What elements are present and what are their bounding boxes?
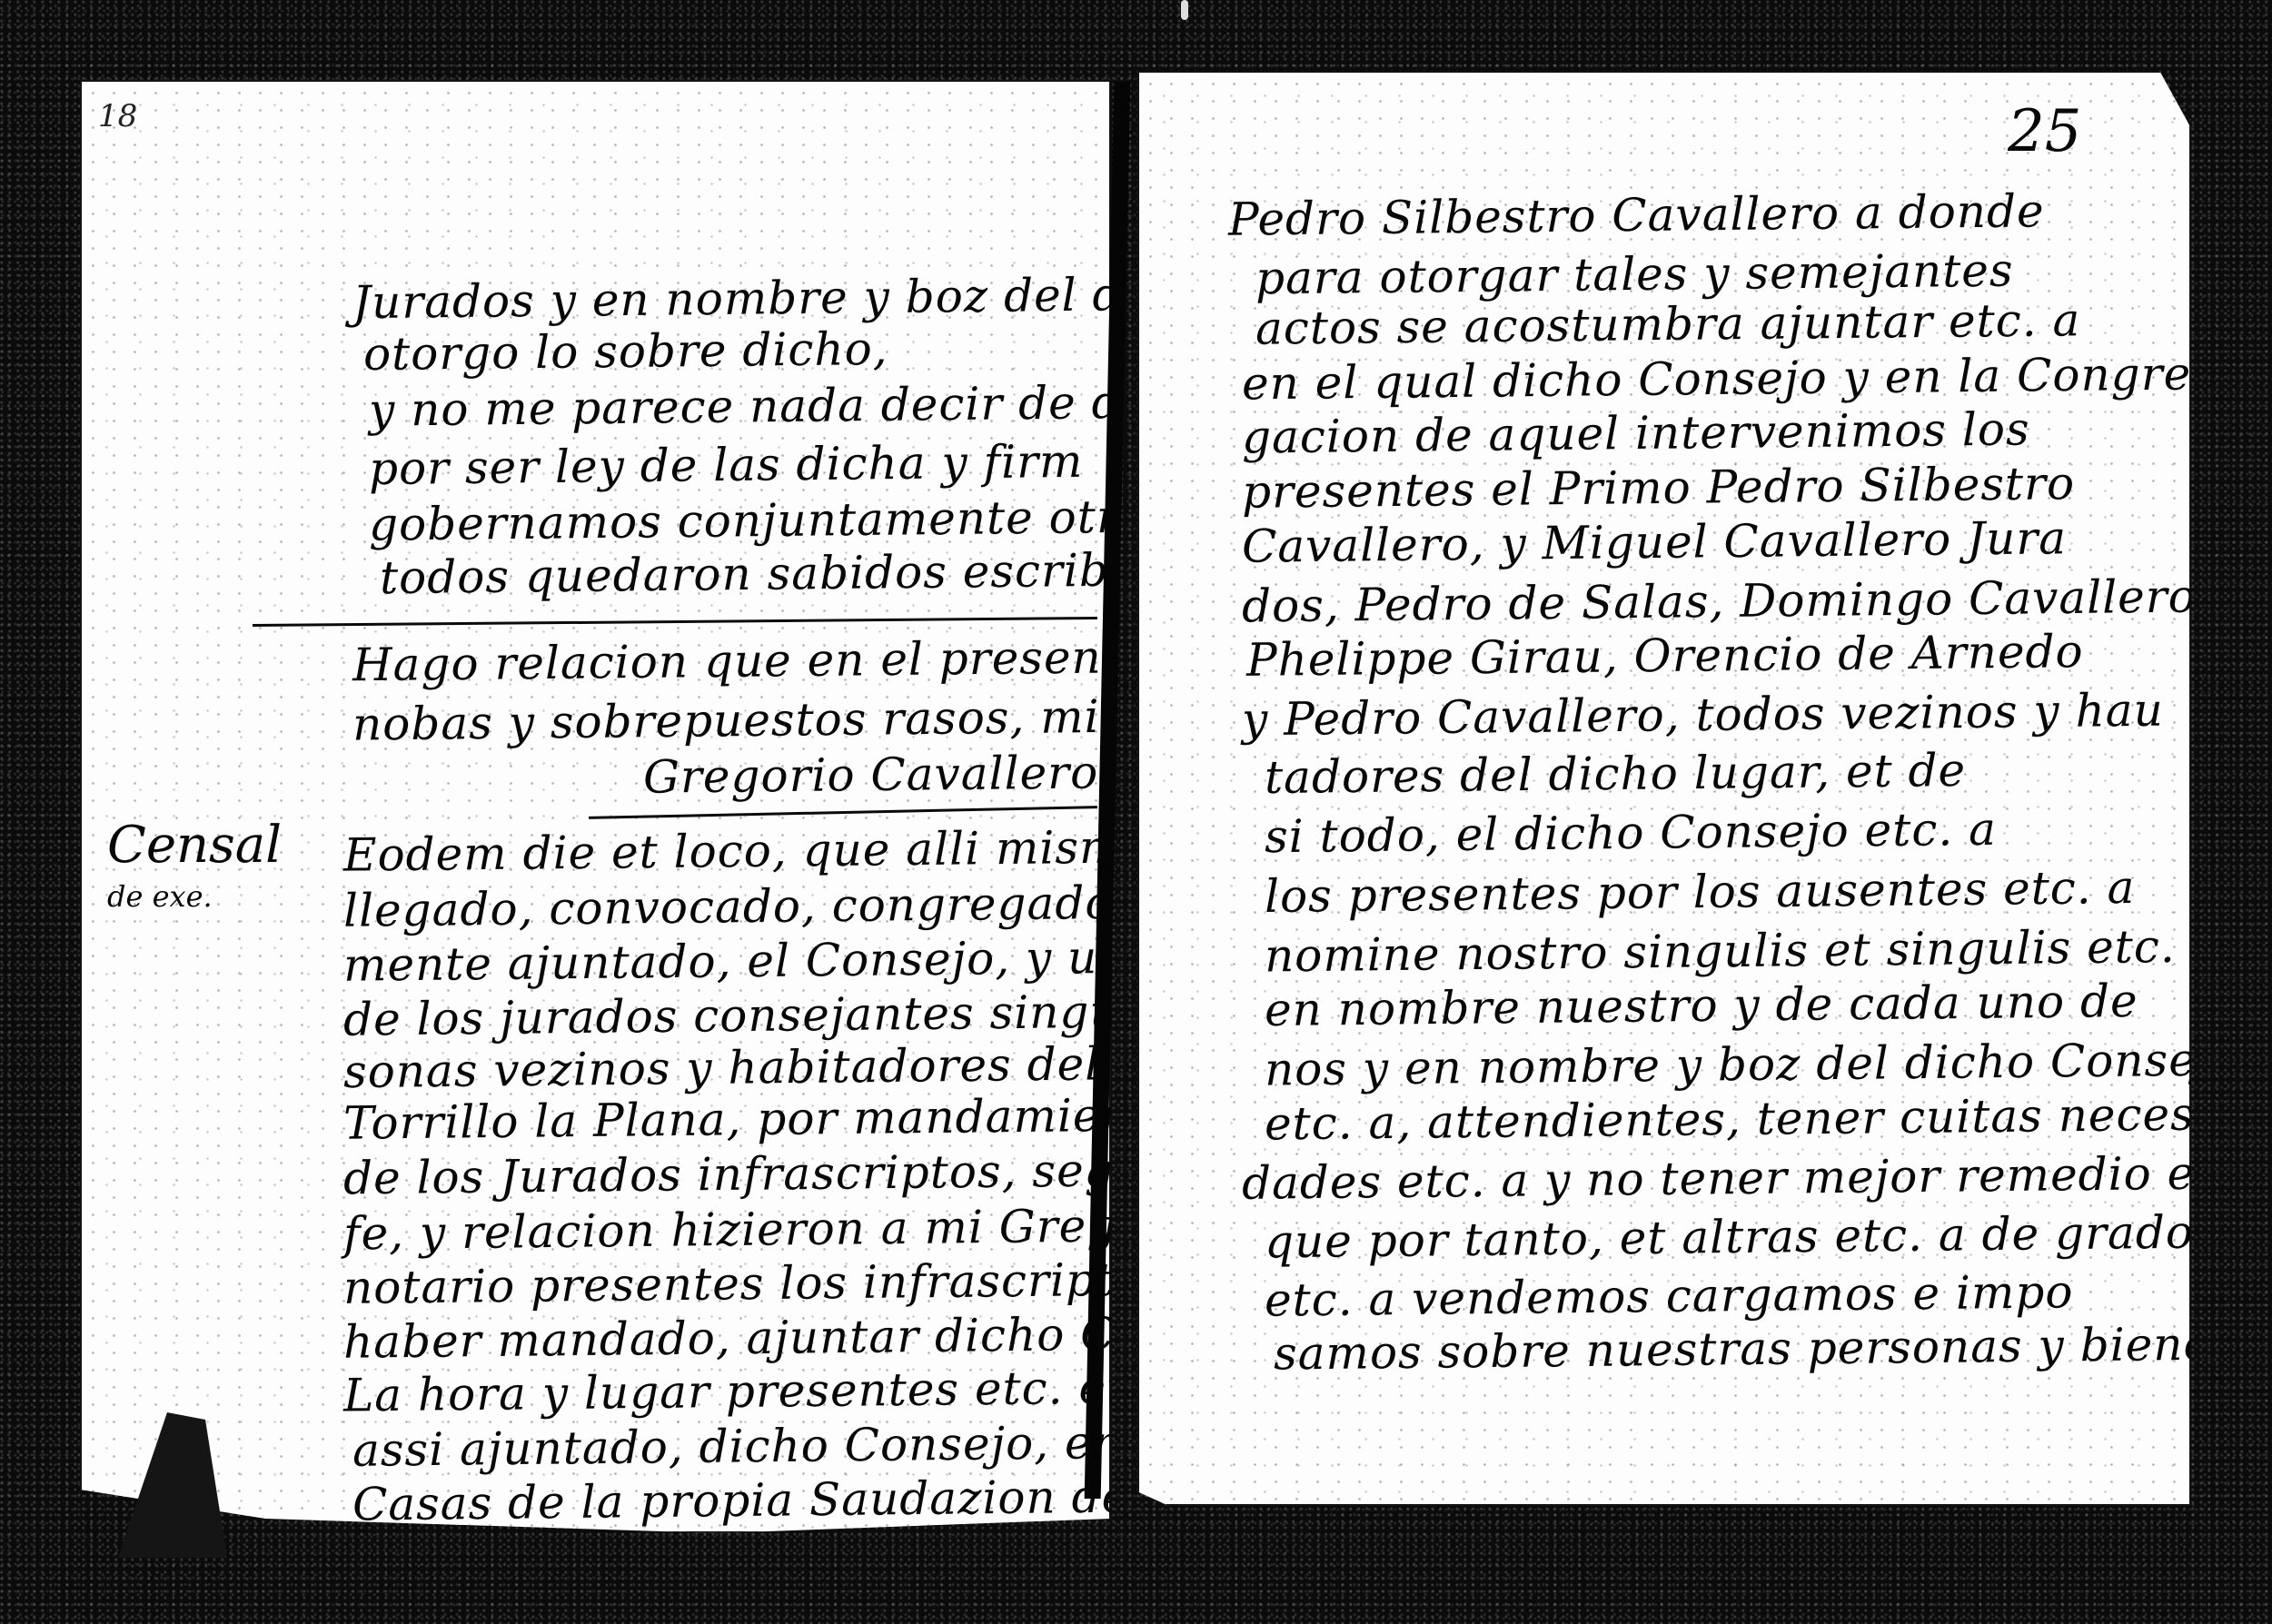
text-line: Pedro Silbestro Cavallero a donde xyxy=(1228,184,2045,245)
text-line: otorgo lo sobre dicho, xyxy=(363,322,888,381)
text-line: samos sobre nuestras personas y bienes xyxy=(1274,1317,2236,1380)
signature-rule xyxy=(589,806,1097,819)
text-line: nomine nostro singulis et singulis etc. … xyxy=(1265,920,2219,983)
text-line: assi ajuntado, dicho Consejo, en las xyxy=(352,1415,1206,1477)
text-line: Torrillo la Plana, por mandamiento xyxy=(343,1088,1178,1150)
text-line: que por tanto, et altras etc. a de grado xyxy=(1265,1206,2194,1269)
left-page: 18 Jurados y en nombre y boz del dicho C… xyxy=(80,80,1111,1533)
text-line: etc. a, attendientes, tener cuitas neces… xyxy=(1265,1088,2210,1151)
margin-note-title: Censal xyxy=(107,816,282,875)
folio-number: 25 xyxy=(2008,98,2081,165)
text-line: Eodem die et loco, que alli mismo xyxy=(343,820,1152,881)
text-line: actos se acostumbra ajuntar etc. a xyxy=(1255,293,2081,355)
text-line: si todo, el dicho Consejo etc. a xyxy=(1265,803,1997,863)
text-line: La hora y lugar presentes etc. et xyxy=(343,1361,1126,1421)
text-line: gacion de aquel intervenimos los xyxy=(1242,402,2030,463)
text-line: presentes el Primo Pedro Silbestro xyxy=(1242,457,2076,519)
text-line: Phelippe Girau, Orencio de Arnedo xyxy=(1246,625,2084,687)
text-line: nos y en nombre y boz del dicho Consejo xyxy=(1265,1033,2240,1095)
text-line: y Pedro Cavallero, todos vezinos y hau xyxy=(1242,684,2164,747)
text-line: por ser ley de las dicha y firm xyxy=(369,435,1084,495)
text-line: dades etc. a y no tener mejor remedio et… xyxy=(1242,1146,2257,1210)
text-line: Cavallero, y Miguel Cavallero Jura xyxy=(1242,511,2068,573)
binding-mark xyxy=(1181,0,1188,20)
text-line: los presentes por los ausentes etc. a xyxy=(1265,861,2136,923)
text-line: en nombre nuestro y de cada uno de xyxy=(1265,975,2138,1036)
text-line: tadores del dicho lugar, et de xyxy=(1265,744,1967,804)
text-line: etc. a vendemos cargamos e impo xyxy=(1265,1265,2074,1326)
text-line: y no me parece nada decir de dich xyxy=(369,375,1194,437)
right-page: 25 Pedro Silbestro Cavallero a donde par… xyxy=(1137,71,2191,1506)
text-line: todos quedaron sabidos escrib xyxy=(380,544,1109,604)
corner-mark: 18 xyxy=(98,98,137,134)
text-line: dos, Pedro de Salas, Domingo Cavallero xyxy=(1242,570,2197,633)
margin-note-subtitle: de exe. xyxy=(107,879,213,914)
text-line: en el qual dicho Consejo y en la Congre xyxy=(1242,348,2192,411)
text-line: Casas de la propia Saudazion de xyxy=(352,1471,1130,1531)
text-line: Hago relacion que en el presente acto xyxy=(352,629,1266,692)
divider-rule xyxy=(253,617,1097,627)
